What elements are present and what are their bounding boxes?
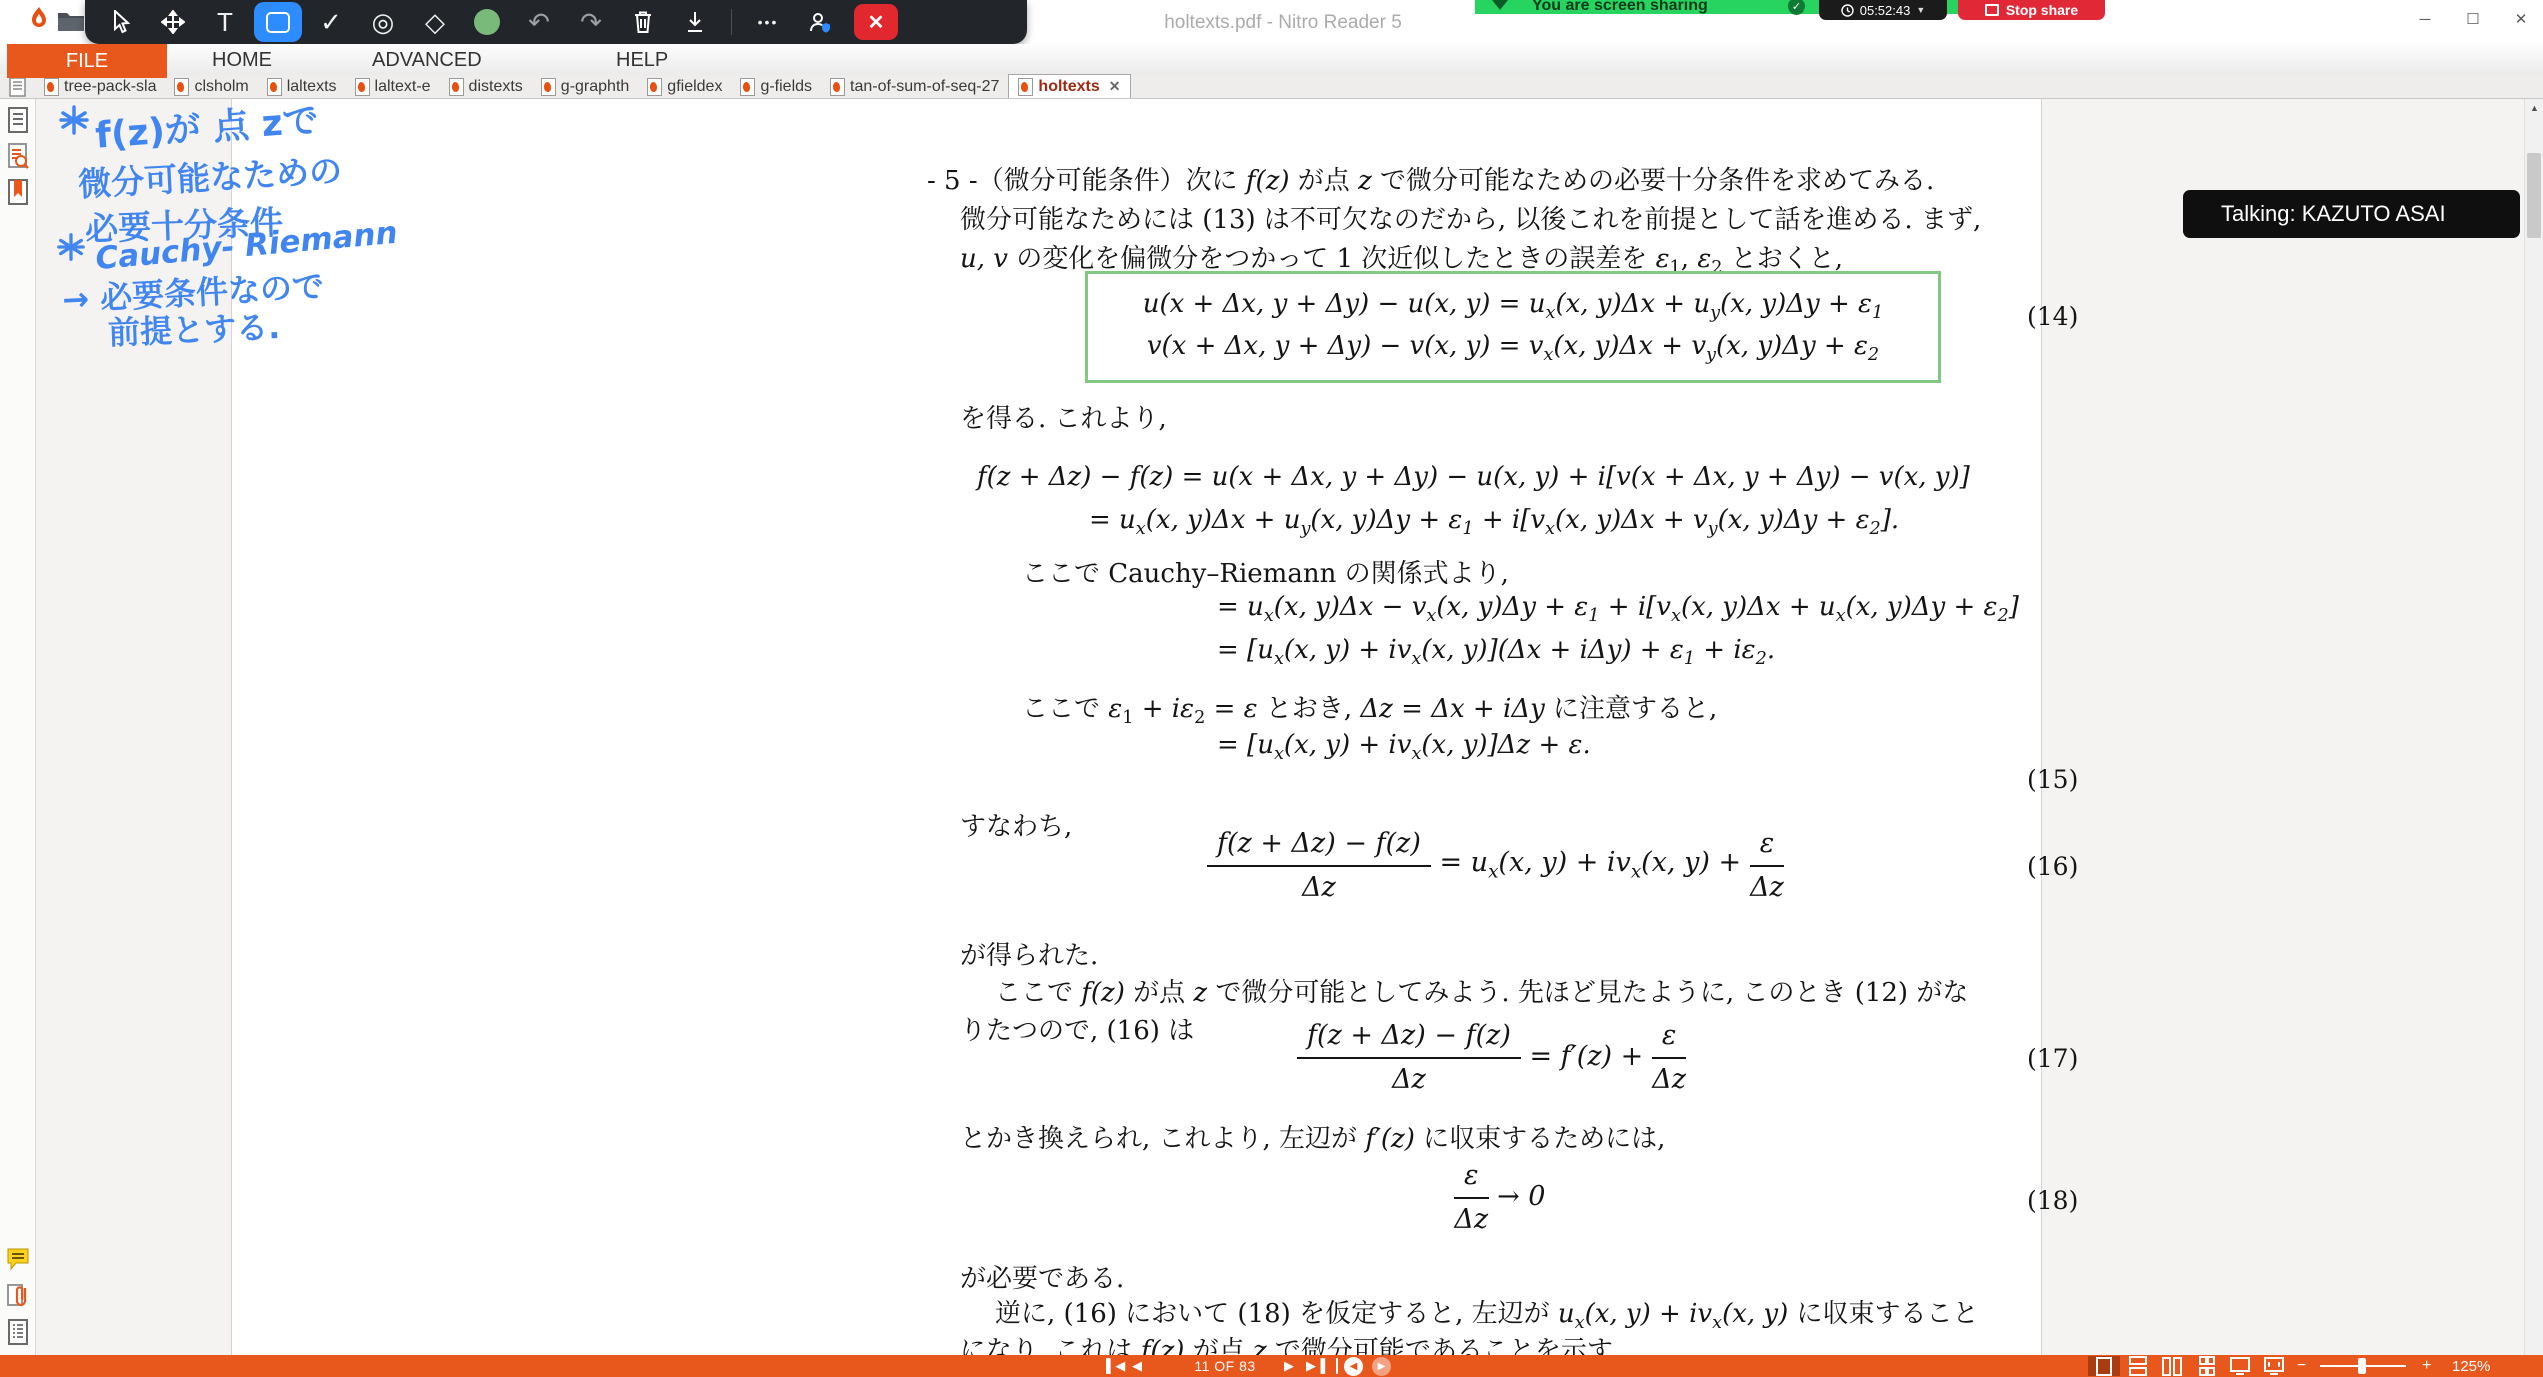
undo-button[interactable]: ↶ — [513, 2, 565, 42]
minimize-button[interactable]: ─ — [2408, 6, 2442, 32]
document-line: とかき換えられ, これより, 左辺が f′(z) に収束するためには, — [960, 1118, 1665, 1155]
maximize-button[interactable]: ☐ — [2456, 6, 2490, 32]
content-area: - 5 -（微分可能条件）次に f(z) が点 z で微分可能なための必要十分条… — [0, 98, 2543, 1355]
document-line: を得る. これより, — [960, 398, 1167, 435]
document-line: ここで Cauchy–Riemann の関係式より, — [1022, 553, 1509, 590]
eraser-tool[interactable]: ◇ — [409, 2, 461, 42]
text-tool[interactable]: T — [199, 2, 251, 42]
equation-14-line-1: u(x + Δx, y + Δy) − u(x, y) = ux(x, y)Δx… — [1143, 289, 1884, 323]
menu-help[interactable]: HELP — [616, 49, 668, 72]
document-line: が必要である. — [960, 1258, 1124, 1295]
move-tool[interactable] — [147, 2, 199, 42]
rectangle-tool-selected[interactable] — [254, 2, 302, 42]
zoom-out-button[interactable]: − — [2297, 1355, 2306, 1377]
fit-page-button[interactable] — [2224, 1356, 2256, 1376]
handwriting-star-bullet — [58, 104, 90, 136]
equation-number: (18) — [2027, 1186, 2078, 1215]
close-annotation-button[interactable]: ✕ — [854, 4, 898, 40]
pdf-file-icon — [1018, 78, 1033, 96]
save-annotation-button[interactable] — [669, 2, 721, 42]
share-status-text: You are screen sharing — [1532, 0, 1708, 15]
handwriting-star-bullet — [56, 232, 86, 262]
tab-distexts[interactable]: distexts — [440, 76, 532, 98]
nitro-app-icon — [28, 6, 50, 28]
talking-speaker-overlay: Talking: KAZUTO ASAI — [2183, 190, 2520, 238]
equation-number: (17) — [2027, 1044, 2078, 1073]
tab-list-icon[interactable] — [7, 77, 29, 97]
equation-number: (15) — [2027, 765, 2078, 794]
tab-g-fields[interactable]: g-fields — [731, 76, 821, 98]
pdf-file-icon — [44, 78, 59, 96]
spotlight-tool[interactable]: ◎ — [357, 2, 409, 42]
document-line: が得られた. — [960, 935, 1098, 972]
pdf-page: - 5 -（微分可能条件）次に f(z) が点 z で微分可能なための必要十分条… — [231, 98, 2042, 1355]
document-tab-bar: tree-pack-sla clsholm laltexts laltext-e… — [0, 75, 2543, 99]
history-back-button[interactable]: ◀ — [1344, 1357, 1363, 1376]
document-line: すなわち, — [960, 806, 1072, 843]
bookmarks-panel-icon[interactable] — [6, 178, 30, 206]
toolbar-divider — [731, 9, 732, 35]
zoom-level-value[interactable]: 125% — [2452, 1355, 2490, 1377]
tab-tan-of-sum-of-seq-27[interactable]: tan-of-sum-of-seq-27 — [821, 76, 1008, 98]
document-line: ここで f(z) が点 z で微分可能としてみよう. 先ほど見たように, このと… — [995, 972, 1968, 1009]
tab-clsholm[interactable]: clsholm — [165, 76, 257, 98]
scrollbar-up-arrow[interactable]: ▲ — [2525, 98, 2543, 117]
equation-number: (16) — [2027, 852, 2078, 881]
derivation-line: = [ux(x, y) + ivx(x, y)](Δx + iΔy) + ε1 … — [1217, 635, 1775, 669]
timer-caret-icon: ▼ — [1916, 5, 1925, 15]
derivation-line: f(z + Δz) − f(z) = u(x + Δx, y + Δy) − u… — [977, 462, 1970, 492]
document-line: ここで ε1 + iε2 = ε とおき, Δz = Δx + iΔy に注意す… — [1022, 688, 1717, 728]
pdf-file-icon — [267, 78, 282, 96]
menu-home[interactable]: HOME — [212, 49, 272, 72]
share-timer-value: 05:52:43 — [1860, 3, 1911, 18]
color-swatch-tool[interactable] — [461, 2, 513, 42]
view-facing-pages-button[interactable] — [2156, 1356, 2188, 1376]
green-color-swatch — [474, 9, 500, 35]
document-line: - 5 -（微分可能条件）次に f(z) が点 z で微分可能なための必要十分条… — [927, 160, 1934, 197]
tab-laltext-e[interactable]: laltext-e — [346, 76, 440, 98]
tab-gfieldex[interactable]: gfieldex — [638, 76, 731, 98]
equation-17: f(z + Δz) − f(z)Δz = f′(z) + εΔz — [1297, 1018, 1686, 1095]
left-sidebar — [0, 98, 36, 1355]
view-grid-button[interactable] — [2190, 1356, 2222, 1376]
derivation-line: = ux(x, y)Δx + uy(x, y)Δy + ε1 + i[vx(x,… — [1089, 505, 1899, 539]
document-line: 逆に, (16) において (18) を仮定すると, 左辺が ux(x, y) … — [995, 1293, 1979, 1333]
next-page-button[interactable]: ▶ — [1284, 1355, 1294, 1377]
pdf-file-icon — [647, 78, 662, 96]
zoom-in-button[interactable]: + — [2422, 1355, 2431, 1377]
nav-divider — [1336, 1358, 1338, 1374]
stop-share-label: Stop share — [2006, 2, 2078, 18]
equation-14-line-2: v(x + Δx, y + Δy) − v(x, y) = vx(x, y)Δx… — [1147, 331, 1879, 365]
pdf-file-icon — [740, 78, 755, 96]
scrollbar-thumb[interactable] — [2527, 153, 2541, 238]
pdf-file-icon — [355, 78, 370, 96]
document-line: 微分可能なためには (13) は不可欠なのだから, 以後これを前提として話を進め… — [960, 199, 1981, 236]
close-window-button[interactable]: ✕ — [2504, 6, 2538, 32]
green-annotation-box: u(x + Δx, y + Δy) − u(x, y) = ux(x, y)Δx… — [1085, 271, 1941, 383]
clock-icon — [1841, 4, 1854, 17]
last-page-button[interactable]: ▶▐ — [1306, 1355, 1325, 1377]
first-page-button[interactable]: ▌◀ — [1106, 1355, 1125, 1377]
handwriting-line: 前提とする. — [107, 302, 281, 354]
derivation-line: = [ux(x, y) + ivx(x, y)]Δz + ε. — [1217, 730, 1591, 764]
window-title: holtexts.pdf - Nitro Reader 5 — [1164, 12, 1402, 34]
pdf-file-icon — [541, 78, 556, 96]
redo-button[interactable]: ↷ — [565, 2, 617, 42]
comments-panel-icon[interactable] — [6, 1246, 30, 1274]
derivation-line: = ux(x, y)Δx − vx(x, y)Δy + ε1 + i[vx(x,… — [1217, 592, 2019, 626]
pages-panel-icon[interactable] — [6, 106, 30, 134]
equation-number: (14) — [2027, 302, 2078, 331]
clear-trash-button[interactable] — [617, 2, 669, 42]
participants-button[interactable] — [794, 2, 846, 42]
fit-width-button[interactable] — [2258, 1356, 2290, 1376]
stop-share-button[interactable]: Stop share — [1958, 0, 2105, 20]
tab-g-graphth[interactable]: g-graphth — [532, 76, 639, 98]
view-continuous-button[interactable] — [2122, 1356, 2154, 1376]
rectangle-glyph — [266, 12, 290, 33]
menu-file[interactable]: FILE — [7, 44, 167, 78]
index-panel-icon[interactable] — [6, 1318, 30, 1346]
more-options-button[interactable]: ••• — [742, 2, 794, 42]
tab-close-icon[interactable]: ✕ — [1109, 78, 1121, 95]
tab-tree-pack-sla[interactable]: tree-pack-sla — [35, 76, 165, 98]
page-indicator[interactable]: 11 OF 83 — [1180, 1355, 1270, 1377]
check-draw-tool[interactable]: ✓ — [305, 2, 357, 42]
view-single-page-button[interactable] — [2088, 1356, 2120, 1376]
document-line: りたつので, (16) は — [960, 1010, 1194, 1047]
pdf-file-icon — [449, 78, 464, 96]
open-folder-icon[interactable] — [56, 8, 86, 34]
attachments-panel-icon[interactable] — [6, 1282, 30, 1310]
nitro-reader-window: holtexts.pdf - Nitro Reader 5 ─ ☐ ✕ T ✓ … — [0, 0, 2543, 1377]
share-arrow-icon — [1492, 0, 1508, 10]
select-cursor-tool[interactable] — [95, 2, 147, 42]
equation-18: εΔz → 0 — [1454, 1158, 1545, 1235]
equation-16: f(z + Δz) − f(z)Δz = ux(x, y) + ivx(x, y… — [1207, 826, 1784, 903]
bottom-status-bar: ▌◀ ◀ 11 OF 83 ▶ ▶▐ ◀ ▶ − + 125% — [0, 1355, 2543, 1377]
history-forward-button[interactable]: ▶ — [1372, 1357, 1391, 1376]
stop-share-icon — [1985, 4, 1999, 16]
menu-advanced[interactable]: ADVANCED — [372, 49, 482, 72]
previous-page-button[interactable]: ◀ — [1132, 1355, 1142, 1377]
share-timer-pill[interactable]: 05:52:43 ▼ — [1819, 0, 1947, 20]
zoom-slider-thumb[interactable] — [2358, 1358, 2366, 1374]
vertical-scrollbar[interactable]: ▲ — [2524, 98, 2543, 1355]
pdf-file-icon — [830, 78, 845, 96]
search-document-icon[interactable] — [6, 142, 30, 170]
tab-holtexts-active[interactable]: holtexts ✕ — [1008, 74, 1130, 98]
pdf-file-icon — [174, 78, 189, 96]
annotation-toolbar: T ✓ ◎ ◇ ↶ ↷ ••• ✕ — [85, 0, 1027, 44]
